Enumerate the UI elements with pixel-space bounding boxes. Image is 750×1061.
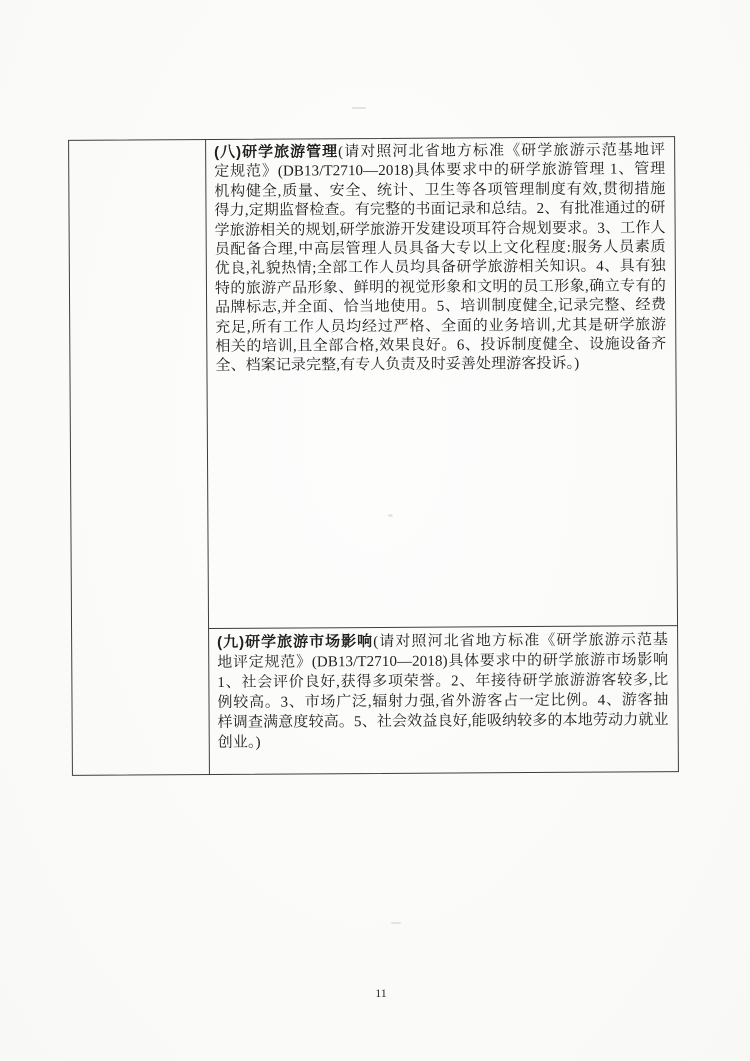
text-line: 全、档案记录完整,有专人负责及时妥善处理游客投诉。) [215,355,666,377]
table-cell-section-9-market-impact: (九)研学旅游市场影响(请对照河北省地方标准《研学旅游示范基 地评定规范》(DB… [209,626,678,774]
text-line: 1、社会评价良好,获得多项荣誉。2、年接待研学旅游游客较多,比 [217,670,668,693]
text-line-first: (八)研学旅游管理(请对照河北省地方标准《研学旅游示范基地评 [214,140,665,163]
section-9-text: (九)研学旅游市场影响(请对照河北省地方标准《研学旅游示范基 地评定规范》(DB… [209,626,678,753]
text-line-first: (九)研学旅游市场影响(请对照河北省地方标准《研学旅游示范基 [217,630,668,653]
section-8-heading: (八)研学旅游管理 [214,143,338,161]
scanned-document-page: { "page": { "number": "11", "background"… [0,0,750,1061]
paper-background: (八)研学旅游管理(请对照河北省地方标准《研学旅游示范基地评 定规范》(DB13… [0,0,750,1061]
section-8-body-lines: 定规范》(DB13/T2710—2018)具体要求中的研学旅游管理 1、管理机构… [214,161,666,377]
section-8-first-line-rest: (请对照河北省地方标准《研学旅游示范基地评 [338,142,665,160]
text-line: 例较高。3、市场广泛,辐射力强,省外游客占一定比例。4、游客抽 [217,690,668,713]
section-9-heading: (九)研学旅游市场影响 [217,633,373,651]
page-number: 11 [375,986,387,1001]
text-line: 品牌标志,并全面、恰当地使用。5、培训制度健全,记录完整、经费 [215,296,666,318]
text-line: 得力,定期监督检查。有完整的书面记录和总结。2、有批准通过的研 [214,199,665,221]
scan-artifact [352,107,366,109]
text-line: 定规范》(DB13/T2710—2018)具体要求中的研学旅游管理 1、管理 [214,161,665,183]
section-8-text: (八)研学旅游管理(请对照河北省地方标准《研学旅游示范基地评 定规范》(DB13… [206,137,675,377]
text-line: 创业。) [218,730,669,753]
text-line: 优良,礼貌热情;全部工作人员均具备研学旅游相关知识。4、具有独 [215,258,666,280]
text-line: 相关的培训,且全部合格,效果良好。6、投诉制度健全、设施设备齐 [215,335,666,357]
text-line: 样调查满意度较高。5、社会效益良好,能吸纳较多的本地劳动力就业 [218,710,669,733]
section-9-first-line-rest: (请对照河北省地方标准《研学旅游示范基 [373,632,668,650]
scan-artifact [391,922,401,924]
table-left-empty-cell [69,140,210,775]
table-cell-section-8-management: (八)研学旅游管理(请对照河北省地方标准《研学旅游示范基地评 定规范》(DB13… [206,137,677,629]
evaluation-criteria-table: (八)研学旅游管理(请对照河北省地方标准《研学旅游示范基地评 定规范》(DB13… [68,136,679,776]
section-9-body-lines: 地评定规范》(DB13/T2710—2018)具体要求中的研学旅游市场影响1、社… [217,650,669,753]
text-line: 地评定规范》(DB13/T2710—2018)具体要求中的研学旅游市场影响 [217,650,668,673]
